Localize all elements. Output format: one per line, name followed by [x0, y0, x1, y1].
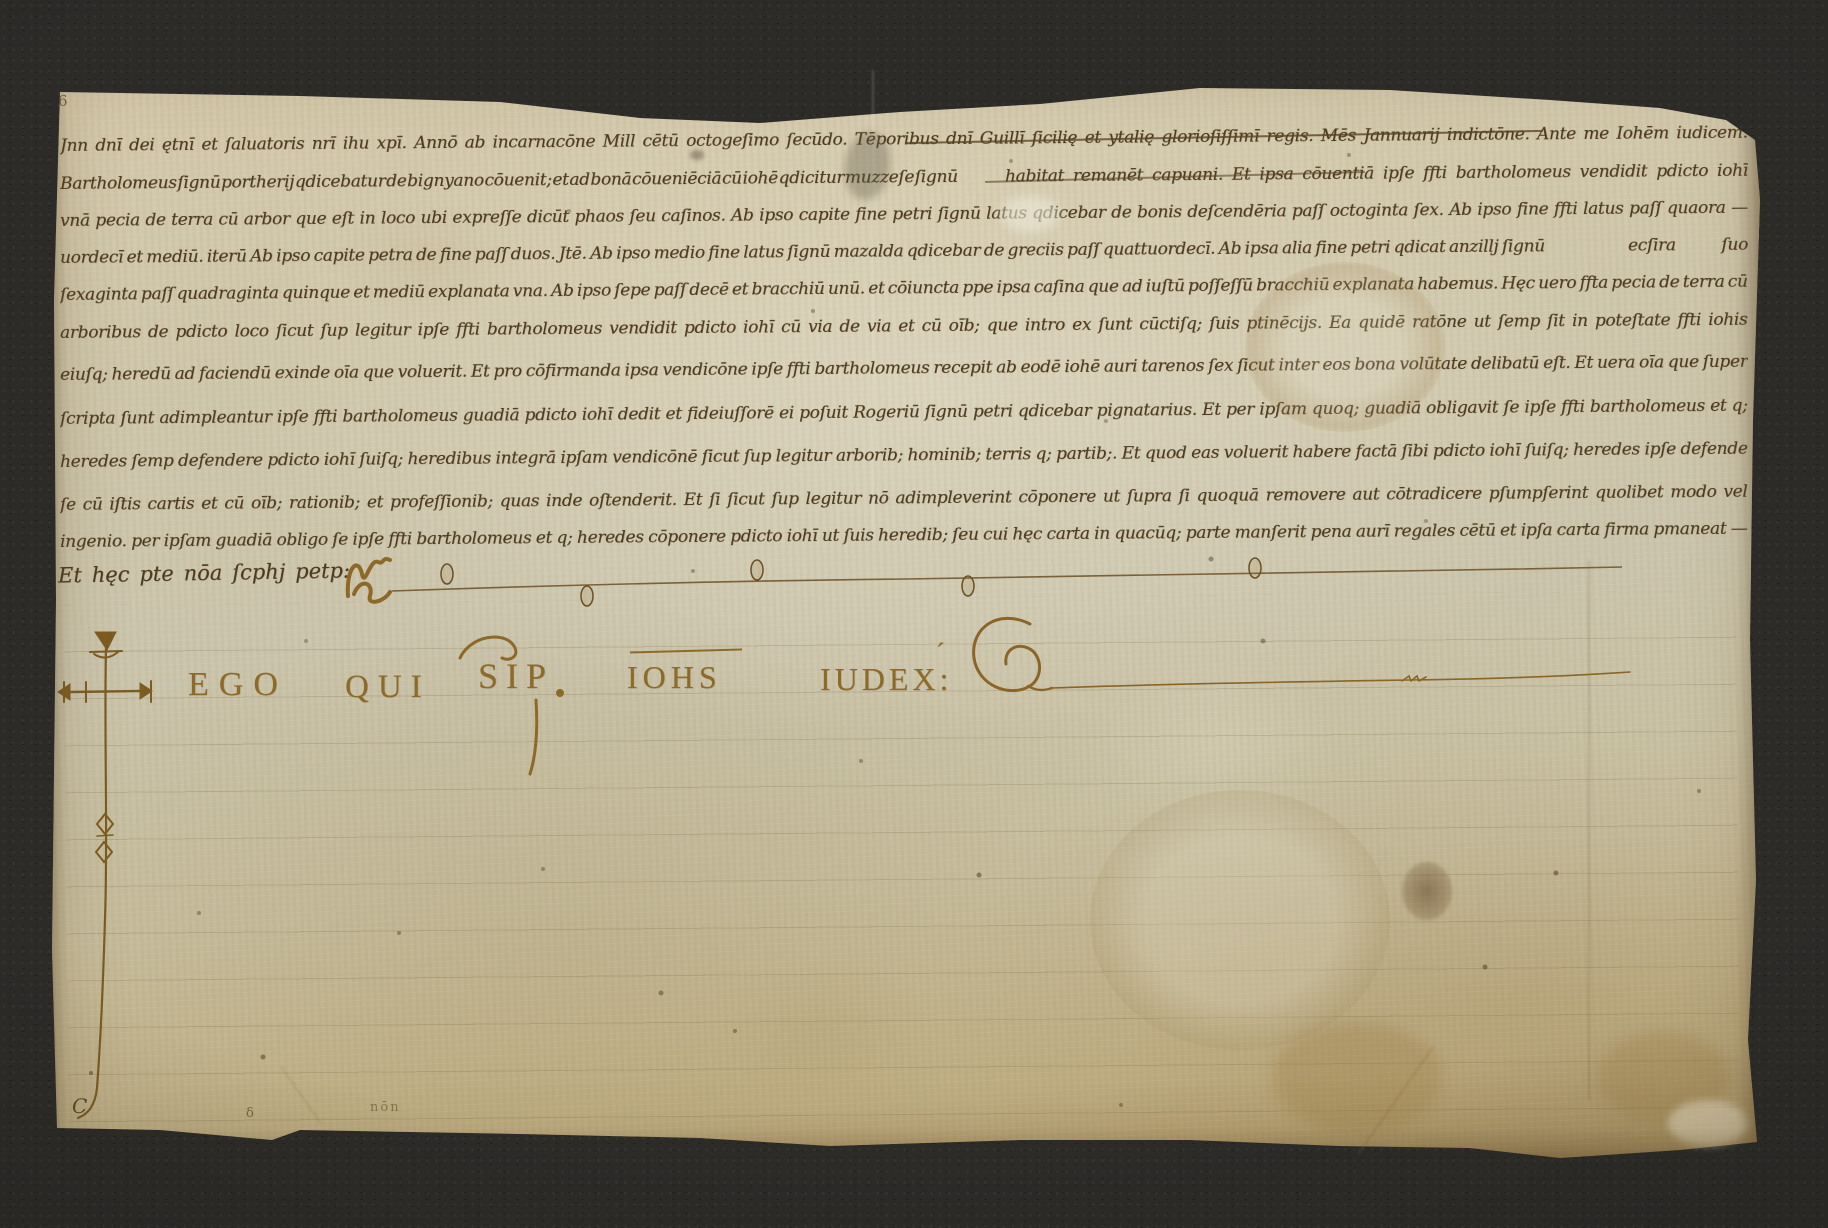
manuscript-word: que: [363, 359, 394, 385]
manuscript-word: ab: [996, 354, 1017, 380]
manuscript-word: et: [367, 489, 384, 515]
manuscript-word: ecſira: [1628, 232, 1676, 258]
manuscript-word: defende: [1680, 436, 1747, 463]
manuscript-word: que: [987, 312, 1018, 338]
manuscript-word: que: [295, 206, 326, 232]
manuscript-word: portherij: [221, 169, 294, 196]
manuscript-word: ipſe: [277, 404, 309, 430]
manuscript-word: exinde: [275, 360, 330, 386]
manuscript-word: vendicōnē: [612, 444, 697, 471]
manuscript-word: Jnn: [60, 133, 88, 159]
manuscript-word: bignyano: [407, 168, 484, 195]
manuscript-word: bonā: [590, 167, 631, 193]
manuscript-word: heredes: [577, 524, 644, 551]
manuscript-word: —: [1731, 516, 1748, 542]
manuscript-word: habere: [1292, 439, 1351, 465]
manuscript-word: ſe: [1503, 395, 1519, 421]
manuscript-word: alia: [1282, 235, 1312, 261]
manuscript-word: poſſeſſū: [1188, 273, 1253, 300]
manuscript-word: mediū: [373, 279, 425, 305]
manuscript-word: et: [732, 277, 749, 303]
manuscript-word: iohī: [786, 523, 817, 549]
manuscript-word: ad: [1122, 273, 1143, 299]
manuscript-word: dnī: [95, 133, 122, 159]
manuscript-word: et: [536, 525, 553, 551]
manuscript-word: duos.: [510, 241, 555, 267]
manuscript-word: ſignū: [915, 164, 958, 190]
manuscript-word: iohī: [743, 314, 774, 340]
manuscript-word: Hęc: [1501, 270, 1535, 296]
manuscript-word: de: [1111, 200, 1132, 226]
manuscript-word: arborib;: [836, 442, 903, 469]
manuscript-word: eos: [1322, 352, 1350, 378]
manuscript-word: vendidit: [609, 315, 677, 342]
manuscript-word: ffti: [456, 317, 480, 343]
manuscript-word: pſumpſerint: [1489, 480, 1589, 507]
manuscript-word: faciendū: [199, 360, 271, 387]
manuscript-word: aut: [1352, 482, 1379, 508]
manuscript-word: ſignū: [177, 170, 220, 196]
manuscript-word: adimpleverint: [895, 485, 1011, 512]
manuscript-word: deſcendēria: [1187, 198, 1286, 225]
manuscript-word: cōtradicere: [1386, 481, 1482, 508]
manuscript-word: oīa: [1639, 349, 1664, 375]
manuscript-word: voluerit.: [397, 359, 467, 386]
manuscript-word: ffta: [1579, 270, 1608, 296]
notary-cross-icon: [50, 618, 160, 1128]
manuscript-word: qdicebar: [1018, 398, 1092, 425]
manuscript-word: pte: [139, 561, 174, 588]
manuscript-word: legitur: [776, 443, 832, 469]
manuscript-word: ut: [822, 523, 839, 549]
manuscript-word: explanata: [428, 278, 510, 305]
manuscript-word: Ab: [731, 203, 754, 229]
manuscript-word: de: [145, 207, 166, 233]
manuscript-word: ipsa: [996, 274, 1030, 300]
manuscript-word: ſicut: [276, 318, 314, 344]
manuscript-word: in: [1572, 308, 1588, 334]
manuscript-word: ab: [465, 130, 486, 156]
manuscript-word: ſuiſq;: [359, 446, 403, 472]
manuscript-word: ſi: [1178, 483, 1189, 509]
manuscript-word: quidē: [1358, 309, 1405, 335]
manuscript-word: cū: [1728, 269, 1748, 295]
manuscript-word: Ante: [1537, 121, 1576, 147]
manuscript-word: cū: [218, 207, 238, 233]
manuscript-word: ſuper: [1703, 349, 1748, 375]
manuscript-word: terris: [985, 441, 1031, 467]
manuscript-word: quaora: [1667, 195, 1726, 221]
manuscript-word: anzillj: [1449, 234, 1499, 260]
manuscript-word: per: [131, 528, 159, 554]
manuscript-word: et: [1500, 518, 1517, 544]
notarial-sign-flourish-icon: [958, 606, 1658, 716]
manuscript-word: ſicut: [1237, 352, 1275, 378]
manuscript-word: ſicut: [727, 486, 765, 512]
manuscript-word: intro: [1025, 312, 1065, 338]
manuscript-word: de: [148, 319, 169, 345]
subscription-text: Ethęcptenōaſcphjpetp:: [58, 557, 350, 588]
manuscript-word: octoginta: [1330, 197, 1409, 224]
manuscript-word: eas: [1191, 440, 1219, 466]
manuscript-word: regales: [1394, 518, 1456, 544]
manuscript-word: aurī: [1356, 519, 1390, 545]
manuscript-word: ſuiſq;: [1525, 437, 1569, 463]
signature-swash-icon: [440, 620, 580, 790]
manuscript-word: muzzeſe: [845, 164, 914, 191]
manuscript-word: fine: [708, 240, 740, 266]
manuscript-word: que: [1668, 349, 1699, 375]
manuscript-word: integrā: [495, 445, 556, 471]
manuscript-line-right: ecſiraſuo: [1628, 232, 1748, 259]
manuscript-word: pecia: [1611, 269, 1656, 295]
manuscript-word: loco: [381, 205, 415, 231]
manuscript-word: poſuit: [799, 400, 848, 426]
manuscript-word: dei: [129, 132, 155, 158]
manuscript-word: ex: [1072, 312, 1091, 338]
manuscript-word: fine: [1517, 196, 1549, 222]
manuscript-word: uordecī: [60, 245, 123, 271]
manuscript-word: ſex.: [1413, 197, 1443, 223]
ink-specks: [0, 0, 2, 2]
manuscript-word: ſup: [320, 318, 347, 344]
manuscript-word: ſecūdo.: [786, 127, 847, 153]
manuscript-word: explanata: [1332, 271, 1414, 298]
manuscript-word: vna.: [513, 278, 548, 304]
manuscript-word: dnī: [946, 126, 973, 152]
manuscript-word: petri: [1350, 235, 1390, 261]
manuscript-word: manſerit: [1235, 519, 1307, 546]
manuscript-word: ingenio.: [60, 528, 127, 555]
manuscript-word: ei: [779, 400, 794, 426]
manuscript-word: eſt: [332, 206, 355, 232]
manuscript-word: iohī: [582, 402, 613, 428]
manuscript-word: ipsa: [624, 357, 658, 383]
manuscript-word: delibatū: [1471, 350, 1539, 377]
manuscript-word: decē: [689, 277, 729, 303]
manuscript-word: de: [839, 314, 860, 340]
manuscript-word: ipso: [1477, 197, 1511, 223]
manuscript-word: latus: [986, 200, 1027, 226]
manuscript-word: Ab: [590, 241, 613, 267]
manuscript-word: vnā: [60, 208, 90, 234]
manuscript-word: caſinos.: [661, 203, 725, 230]
manuscript-word: ffti: [1677, 307, 1701, 333]
manuscript-word: capite: [313, 243, 364, 269]
manuscript-word: terra: [1683, 269, 1725, 295]
manuscript-word: fine: [855, 202, 887, 228]
manuscript-word: bartholomeus: [342, 403, 457, 430]
manuscript-word: dedit: [618, 401, 661, 427]
manuscript-word: ubi: [420, 205, 447, 231]
manuscript-word: ſcripta: [60, 406, 115, 432]
manuscript-word: guadiā: [1364, 395, 1421, 421]
manuscript-word: pdicto: [730, 523, 782, 549]
manuscript-word: ſup: [744, 443, 771, 469]
manuscript-word: ffti: [1554, 196, 1578, 222]
manuscript-word: quadraginta: [176, 280, 278, 307]
signature-word-iohs: IOHS: [627, 659, 722, 696]
manuscript-word: ſe: [60, 492, 76, 518]
manuscript-word: ratōne: [1412, 309, 1467, 335]
manuscript-word: pdicto: [175, 319, 227, 345]
manuscript-word: iohē: [1064, 354, 1100, 380]
manuscript-word: ipſam: [1259, 396, 1307, 422]
manuscript-word: ut: [1103, 484, 1120, 510]
manuscript-word: fideiuſſorē: [687, 400, 774, 427]
manuscript-word: guadiā: [463, 402, 520, 428]
manuscript-word: iohī: [1489, 438, 1520, 464]
manuscript-word: iohī: [1717, 158, 1748, 184]
manuscript-word: partib;.: [1056, 441, 1117, 467]
manuscript-word: via: [808, 314, 832, 340]
manuscript-word: quolibet: [1595, 479, 1664, 506]
manuscript-word: capite: [799, 202, 850, 228]
manuscript-word: mazalda: [834, 238, 904, 265]
manuscript-word: fine: [440, 242, 472, 268]
manuscript-word: vendicōne: [662, 357, 747, 384]
manuscript-word: heredibus: [407, 446, 491, 473]
manuscript-word: ſignū: [787, 239, 830, 265]
manuscript-word: de: [984, 238, 1005, 264]
manuscript-word: legitur: [805, 486, 861, 512]
manuscript-word: ſemp: [131, 448, 173, 474]
manuscript-word: Ab: [551, 278, 574, 304]
manuscript-word: volūtate: [1399, 351, 1467, 378]
bottom-edge-mark-delta: δ: [246, 1106, 254, 1121]
manuscript-word: ihu: [343, 131, 370, 157]
manuscript-word: cui: [983, 522, 1008, 548]
manuscript-word: incarnacōne: [492, 129, 595, 156]
manuscript-word: cū: [82, 492, 102, 518]
manuscript-word: ipſam: [164, 528, 212, 554]
manuscript-word: ipſa: [1521, 517, 1553, 543]
manuscript-word: eſt.: [1543, 350, 1571, 376]
manuscript-word: ffti: [1561, 394, 1585, 420]
manuscript-word: paſſ: [141, 281, 174, 307]
manuscript-word: pdicto: [267, 447, 319, 473]
manuscript-word: Ea: [1329, 310, 1351, 336]
signature-word-iudex: IUDEX:: [820, 661, 952, 698]
manuscript-word: qdicebatur: [295, 168, 386, 195]
manuscript-word: ad: [569, 167, 590, 193]
manuscript-word: ſeu: [629, 203, 656, 229]
manuscript-word: ipſe: [1524, 394, 1556, 420]
manuscript-word: ipſe: [417, 317, 449, 343]
manuscript-word: de: [1659, 269, 1680, 295]
manuscript-word: bracchiū: [1256, 272, 1329, 299]
manuscript-word: loco: [234, 318, 268, 344]
manuscript-word: quas: [500, 488, 540, 514]
manuscript-word: et: [1710, 393, 1727, 419]
manuscript-word: petri: [892, 201, 932, 227]
manuscript-word: Annō: [414, 130, 457, 156]
manuscript-word: bartholomeus: [416, 525, 531, 552]
manuscript-word: quod: [1145, 440, 1187, 466]
manuscript-word: ſignū: [925, 399, 968, 425]
manuscript-word: cōponere: [1018, 484, 1096, 511]
manuscript-word: carta: [1046, 521, 1089, 547]
manuscript-word: mediū.: [146, 244, 203, 270]
manuscript-word: auri: [1104, 354, 1138, 380]
manuscript-word: Et: [471, 359, 490, 385]
manuscript-word: ffti: [313, 404, 337, 430]
manuscript-word: oīb;: [948, 313, 979, 339]
manuscript-word: heredū: [111, 361, 170, 387]
manuscript-word: me: [1583, 121, 1609, 147]
manuscript-word: obligo: [276, 527, 328, 553]
bottom-edge-mark-c: C: [72, 1094, 87, 1118]
manuscript-word: recepit: [933, 355, 992, 381]
manuscript-word: uera: [1597, 350, 1635, 376]
manuscript-word: ſi: [709, 487, 720, 513]
manuscript-word: bonis: [1137, 199, 1182, 225]
manuscript-word: pecia: [95, 207, 140, 233]
manuscript-word: oīa: [334, 360, 359, 386]
manuscript-word: pdicto: [1656, 158, 1708, 184]
manuscript-word: cū: [722, 166, 742, 192]
manuscript-word: cōfirmanda: [526, 358, 621, 385]
manuscript-word: que: [1088, 274, 1119, 300]
manuscript-word: Guillī: [980, 125, 1025, 151]
manuscript-word: et: [552, 167, 569, 193]
manuscript-word: ipſe: [1383, 160, 1415, 186]
manuscript-word: profeſſionib;: [390, 489, 493, 516]
manuscript-word: octogeſimo: [686, 127, 779, 154]
manuscript-word: cōueniēciā: [632, 166, 722, 193]
manuscript-word: ipso: [616, 240, 650, 266]
manuscript-word: paſſ: [1292, 198, 1325, 224]
manuscript-word: et: [353, 280, 370, 306]
manuscript-word: rationib;: [289, 490, 360, 517]
manuscript-word: cū: [781, 314, 801, 340]
manuscript-word: voluerit: [1224, 439, 1288, 466]
manuscript-word: ętnī: [162, 132, 194, 158]
manuscript-word: ſepe: [614, 277, 650, 303]
manuscript-word: ipso: [577, 278, 611, 304]
manuscript-word: dicūt: [527, 204, 569, 230]
manuscript-word: Tēporibus: [855, 126, 939, 153]
manuscript-word: Bartholomeus: [60, 170, 177, 197]
manuscript-word: cētū: [642, 128, 678, 154]
manuscript-word: phaos: [574, 204, 624, 230]
manuscript-word: pena: [1310, 519, 1351, 545]
manuscript-word: petri: [973, 399, 1013, 425]
manuscript-word: ſeu: [952, 522, 979, 548]
manuscript-word: obligavit: [1426, 395, 1498, 422]
manuscript-word: uero: [1538, 270, 1576, 296]
manuscript-word: cū: [224, 491, 244, 517]
manuscript-word: eiuſq;: [60, 362, 108, 388]
manuscript-word: qdicat: [1393, 234, 1445, 260]
manuscript-word: remanēt: [1073, 162, 1143, 189]
manuscript-word: latus: [1583, 196, 1624, 222]
manuscript-word: ſuo: [1721, 232, 1748, 258]
manuscript-word: q;: [1035, 441, 1051, 467]
manuscript-word: guadiā: [215, 527, 272, 553]
manuscript-word: pro: [493, 358, 522, 384]
manuscript-word: parte: [1186, 520, 1231, 546]
manuscript-word: et: [665, 401, 682, 427]
manuscript-word: paſſ: [475, 241, 508, 267]
signature-word-ego: EGO: [188, 666, 288, 704]
manuscript-word: quattuordecī.: [1103, 236, 1216, 263]
manuscript-word: vendidit: [1579, 159, 1647, 186]
manuscript-word: iterū: [207, 244, 247, 270]
manuscript-word: indictōne.: [1447, 121, 1530, 148]
manuscript-word: ad: [175, 361, 196, 387]
manuscript-word: hęc: [1012, 521, 1042, 547]
manuscript-word: bartholomeus: [1590, 393, 1705, 420]
manuscript-word: ipſam: [560, 445, 608, 471]
manuscript-word: ſignū: [937, 201, 980, 227]
manuscript-word: poteſtate: [1595, 307, 1671, 334]
manuscript-word: iohī: [324, 447, 355, 473]
manuscript-word: pignatarius.: [1096, 397, 1196, 424]
manuscript-word: ipso: [759, 202, 793, 228]
manuscript-word: bona: [1354, 352, 1395, 378]
manuscript-word: terra: [171, 207, 213, 233]
manuscript-word: Et: [684, 487, 703, 513]
manuscript-word: factā: [1355, 439, 1397, 465]
manuscript-word: inde: [546, 488, 582, 514]
manuscript-word: inter: [1278, 352, 1318, 378]
manuscript-word: et: [868, 276, 885, 302]
manuscript-word: Jtē.: [559, 241, 587, 267]
manuscript-word: ſup: [771, 486, 798, 512]
manuscript-word: quoq;: [1312, 396, 1359, 422]
manuscript-word: hęc: [91, 561, 129, 588]
manuscript-word: cētū: [1459, 518, 1495, 544]
manuscript-word: Rogeriū: [853, 399, 920, 426]
manuscript-word: heredes: [1573, 437, 1640, 464]
manuscript-word: xpī.: [376, 130, 406, 156]
manuscript-word: cōponere: [648, 524, 726, 551]
manuscript-word: cōiuncta: [888, 275, 959, 302]
manuscript-word: latus: [743, 239, 784, 265]
manuscript-word: Ab: [1449, 197, 1472, 223]
manuscript-word: Et: [1202, 397, 1221, 423]
manuscript-word: expreſſe: [452, 204, 521, 231]
manuscript-word: in: [1094, 521, 1110, 547]
manuscript-word: cōuenit;: [484, 167, 552, 194]
manuscript-word: iohē: [742, 165, 778, 191]
manuscript-word: heredib;: [878, 522, 948, 549]
manuscript-word: Et: [58, 562, 82, 588]
manuscript-word: Et: [1574, 350, 1593, 376]
manuscript-word: nrī: [312, 131, 336, 157]
manuscript-word: iſtis: [109, 491, 140, 517]
manuscript-word: hominib;: [907, 442, 981, 469]
manuscript-word: defendere: [178, 447, 263, 474]
manuscript-word: nōa: [183, 560, 222, 587]
manuscript-word: ſit: [1547, 308, 1565, 334]
manuscript-word: arbor: [244, 206, 290, 232]
manuscript-word: caſina: [1034, 274, 1085, 300]
manuscript-word: paſſ: [1067, 237, 1100, 263]
manuscript-word: arboribus: [60, 319, 141, 346]
manuscript-word: eodē: [1020, 354, 1060, 380]
manuscript-word: ſemp: [1498, 308, 1540, 334]
manuscript-word: —: [1731, 195, 1748, 221]
manuscript-word: et: [201, 491, 218, 517]
manuscript-word: via: [867, 313, 891, 339]
manuscript-word: ppe: [962, 275, 993, 301]
manuscript-word: adimpleantur: [159, 404, 272, 431]
manuscript-word: iohis: [1708, 307, 1747, 333]
manuscript-word: vel: [1723, 479, 1747, 505]
manuscript-word: ſcphj: [232, 559, 285, 586]
